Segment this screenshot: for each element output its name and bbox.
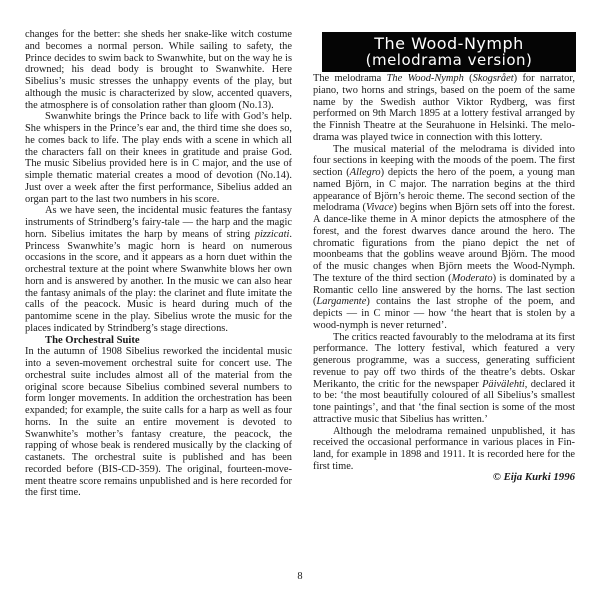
section-heading: The Orchestral Suite	[25, 335, 292, 347]
italic-term: Päivälehti	[482, 379, 525, 390]
left-column: changes for the better: she sheds her sn…	[25, 29, 292, 499]
italic-term: Vivace	[366, 202, 394, 213]
right-column: The melodrama The Wood-Nymph (Skogsrået)…	[313, 73, 575, 483]
italic-term: Largamente	[316, 296, 366, 307]
author-signature: © Eija Kurki 1996	[313, 472, 575, 484]
page-number: 8	[0, 571, 600, 582]
title-line-2: (melodrama version)	[322, 52, 576, 69]
italic-term: pizzicati	[255, 229, 290, 240]
text-run: ) begins when Björn sets off into the fo…	[313, 202, 575, 284]
paragraph: The melodrama The Wood-Nymph (Skogsrået)…	[313, 73, 575, 144]
text-run: (	[464, 73, 473, 84]
italic-term: The Wood-Nymph	[387, 73, 464, 84]
text-run: . Princess Swanwhite’s magic horn is hea…	[25, 229, 292, 334]
paragraph: In the autumn of 1908 Sibelius reworked …	[25, 346, 292, 499]
paragraph: The critics reacted favourably to the me…	[313, 332, 575, 426]
title-line-1: The Wood-Nymph	[322, 35, 576, 52]
paragraph: The musical material of the melodrama is…	[313, 144, 575, 332]
italic-term: Moderato	[452, 273, 493, 284]
paragraph: changes for the better: she sheds her sn…	[25, 29, 292, 111]
italic-term: Allegro	[350, 167, 381, 178]
text-run: As we have seen, the incidental music fe…	[25, 205, 292, 240]
text-run: The melodrama	[313, 73, 387, 84]
paragraph: Swanwhite brings the Prince back to life…	[25, 111, 292, 205]
paragraph: As we have seen, the incidental music fe…	[25, 205, 292, 334]
italic-term: Skogsrået	[473, 73, 514, 84]
paragraph: Although the melodrama remained unpublis…	[313, 426, 575, 473]
section-title-banner: The Wood-Nymph (melodrama version)	[322, 32, 576, 72]
